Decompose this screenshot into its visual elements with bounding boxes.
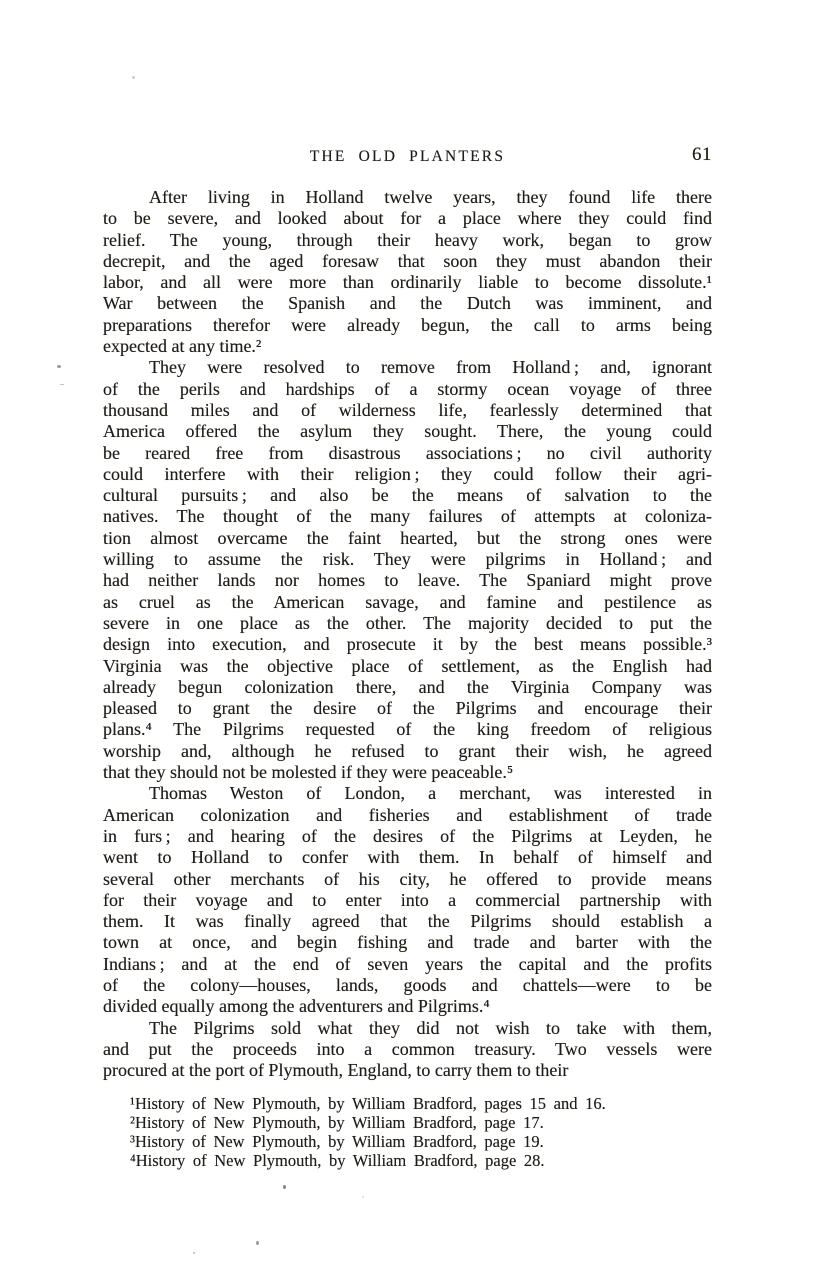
text-line: Virginia was the objective place of sett… bbox=[103, 656, 712, 677]
text-line: divided equally among the adventurers an… bbox=[103, 996, 712, 1017]
text-line: expected at any time.² bbox=[103, 336, 712, 357]
text-line: severe in one place as the other. The ma… bbox=[103, 613, 712, 634]
text-line: They were resolved to remove from Hollan… bbox=[103, 357, 712, 378]
text-line: decrepit, and the aged foresaw that soon… bbox=[103, 251, 712, 272]
text-line: American colonization and fisheries and … bbox=[103, 805, 712, 826]
book-page: THE OLD PLANTERS 61 After living in Holl… bbox=[0, 0, 822, 1272]
text-line: plans.⁴ The Pilgrims requested of the ki… bbox=[103, 719, 712, 740]
scan-speck bbox=[526, 389, 528, 394]
scan-speck bbox=[132, 76, 135, 79]
footnotes: ¹History of New Plymouth, by William Bra… bbox=[130, 1094, 722, 1170]
text-line: could interfere with their religion ; th… bbox=[103, 464, 712, 485]
text-line: for their voyage and to enter into a com… bbox=[103, 890, 712, 911]
text-line: America offered the asylum they sought. … bbox=[103, 421, 712, 442]
paragraph: After living in Holland twelve years, th… bbox=[103, 187, 712, 357]
text-line: tion almost overcame the faint hearted, … bbox=[103, 528, 712, 549]
text-line: and put the proceeds into a common treas… bbox=[103, 1039, 712, 1060]
text-line: as cruel as the American savage, and fam… bbox=[103, 592, 712, 613]
text-line: natives. The thought of the many failure… bbox=[103, 506, 712, 527]
text-line: After living in Holland twelve years, th… bbox=[103, 187, 712, 208]
text-line: that they should not be molested if they… bbox=[103, 762, 712, 783]
text-line: worship and, although he refused to gran… bbox=[103, 741, 712, 762]
text-line: willing to assume the risk. They were pi… bbox=[103, 549, 712, 570]
scan-speck bbox=[193, 1252, 195, 1254]
footnote: ⁴History of New Plymouth, by William Bra… bbox=[130, 1151, 722, 1170]
text-line: them. It was finally agreed that the Pil… bbox=[103, 911, 712, 932]
text-line: thousand miles and of wilderness life, f… bbox=[103, 400, 712, 421]
scan-speck bbox=[256, 1241, 259, 1245]
text-line: of the colony—houses, lands, goods and c… bbox=[103, 975, 712, 996]
text-line: cultural pursuits ; and also be the mean… bbox=[103, 485, 712, 506]
text-line: relief. The young, through their heavy w… bbox=[103, 230, 712, 251]
text-line: Thomas Weston of London, a merchant, was… bbox=[103, 783, 712, 804]
text-line: of the perils and hardships of a stormy … bbox=[103, 379, 712, 400]
text-line: War between the Spanish and the Dutch wa… bbox=[103, 293, 712, 314]
text-line: The Pilgrims sold what they did not wish… bbox=[103, 1018, 712, 1039]
text-line: procured at the port of Plymouth, Englan… bbox=[103, 1060, 712, 1081]
page-body: After living in Holland twelve years, th… bbox=[103, 187, 712, 1081]
text-line: several other merchants of his city, he … bbox=[103, 869, 712, 890]
text-line: pleased to grant the desire of the Pilgr… bbox=[103, 698, 712, 719]
footnote: ¹History of New Plymouth, by William Bra… bbox=[130, 1094, 722, 1113]
footnote: ²History of New Plymouth, by William Bra… bbox=[130, 1113, 722, 1132]
text-line: already begun colonization there, and th… bbox=[103, 677, 712, 698]
paragraph: Thomas Weston of London, a merchant, was… bbox=[103, 783, 712, 1017]
chapter-title: THE OLD PLANTERS bbox=[103, 144, 712, 166]
text-line: preparations therefor were already begun… bbox=[103, 315, 712, 336]
text-line: went to Holland to confer with them. In … bbox=[103, 847, 712, 868]
paragraph: They were resolved to remove from Hollan… bbox=[103, 357, 712, 783]
scan-speck bbox=[57, 365, 61, 368]
text-line: had neither lands nor homes to leave. Th… bbox=[103, 570, 712, 591]
footnote: ³History of New Plymouth, by William Bra… bbox=[130, 1132, 722, 1151]
text-line: labor, and all were more than ordinarily… bbox=[103, 272, 712, 293]
text-line: be reared free from disastrous associati… bbox=[103, 443, 712, 464]
scan-speck bbox=[60, 384, 64, 385]
text-line: to be severe, and looked about for a pla… bbox=[103, 208, 712, 229]
text-line: Indians ; and at the end of seven years … bbox=[103, 954, 712, 975]
running-head: THE OLD PLANTERS 61 bbox=[103, 144, 712, 176]
scan-speck bbox=[283, 1185, 286, 1189]
scan-speck bbox=[362, 1196, 364, 1198]
page-number: 61 bbox=[692, 144, 712, 166]
paragraph: The Pilgrims sold what they did not wish… bbox=[103, 1018, 712, 1082]
text-line: design into execution, and prosecute it … bbox=[103, 634, 712, 655]
text-line: town at once, and begin fishing and trad… bbox=[103, 932, 712, 953]
text-line: in furs ; and hearing of the desires of … bbox=[103, 826, 712, 847]
